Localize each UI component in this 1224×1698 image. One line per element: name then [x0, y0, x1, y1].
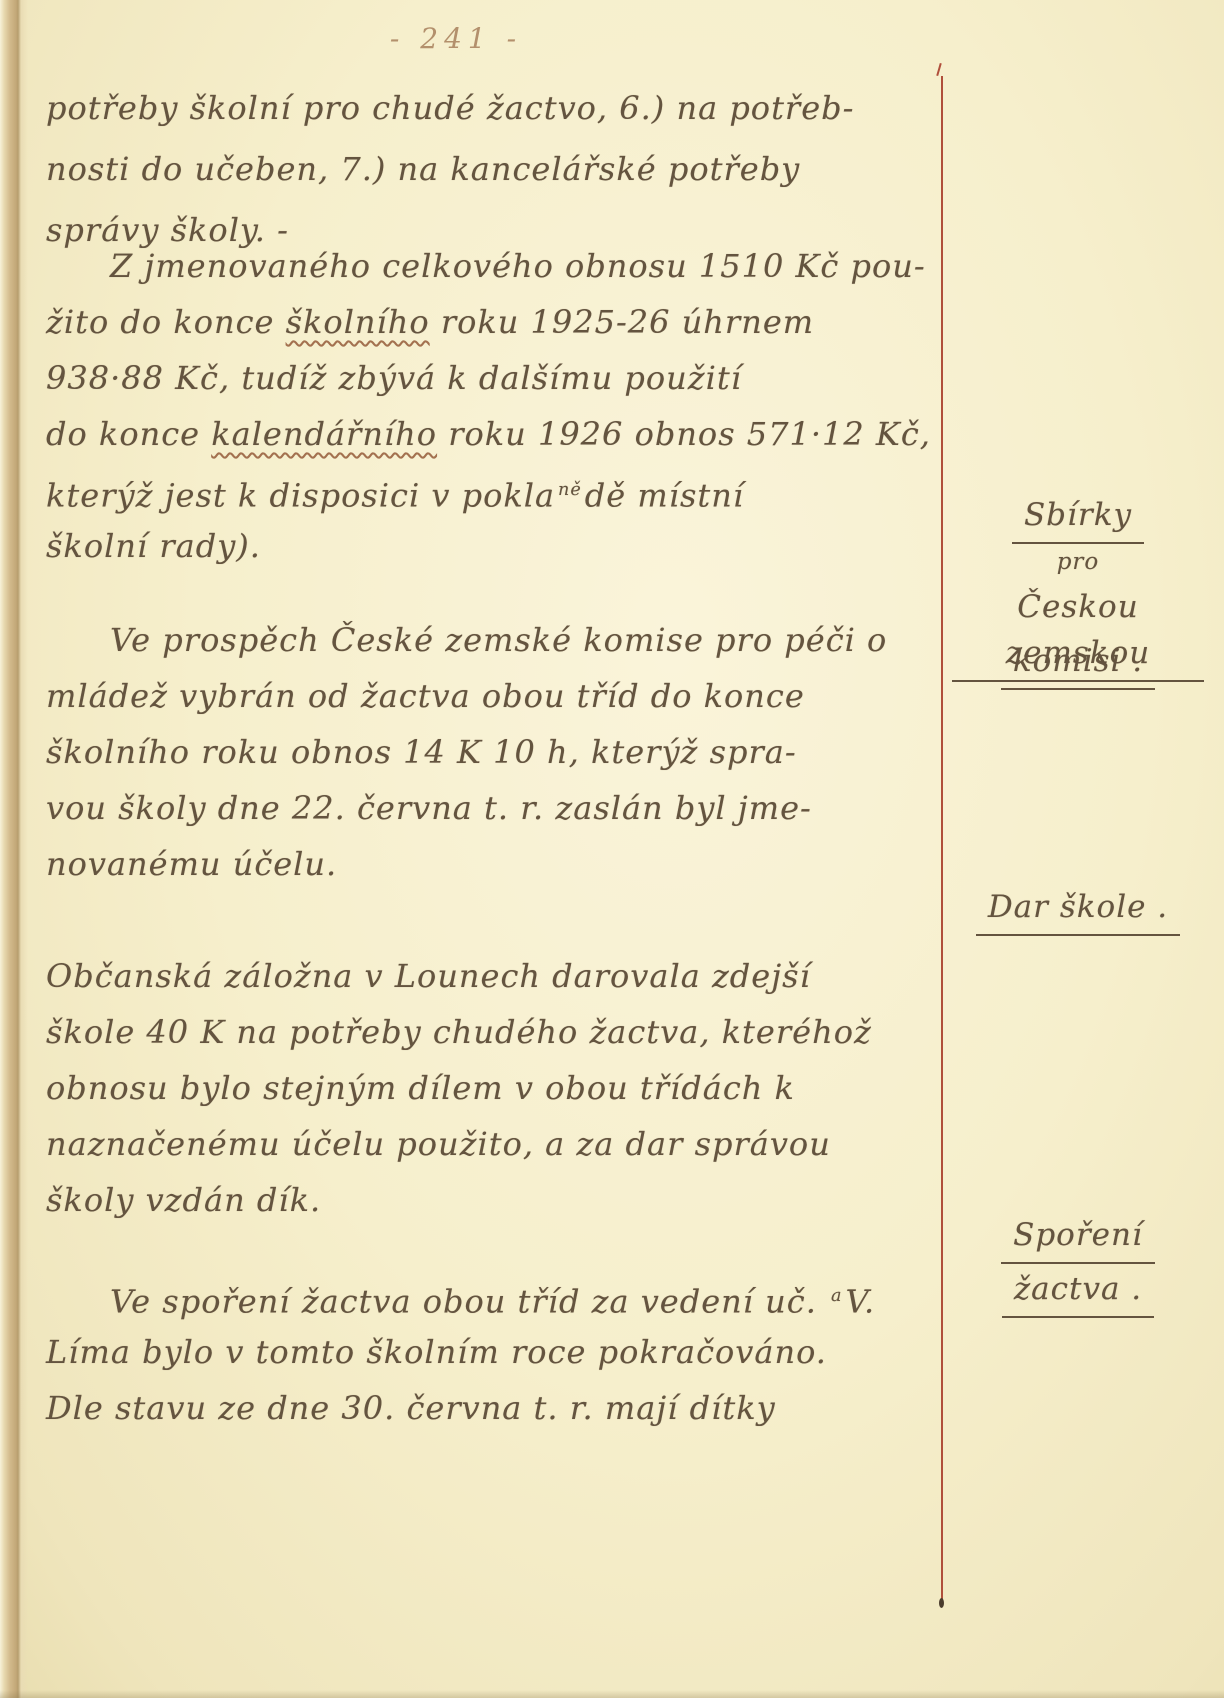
- handwritten-line: do konce kalendářního roku 1926 obnos 57…: [46, 406, 938, 462]
- text-segment: naznačenému účelu použito, a za dar sprá…: [46, 1125, 831, 1163]
- text-segment: roku 1926 obnos 571·12 Kč,: [437, 415, 931, 453]
- text-segment: škole 40 K na potřeby chudého žactva, kt…: [46, 1013, 872, 1051]
- handwritten-line: Z jmenovaného celkového obnosu 1510 Kč p…: [46, 238, 938, 294]
- paragraph: potřeby školní pro chudé žactvo, 6.) na …: [46, 78, 938, 261]
- margin-note-subline: pro: [952, 546, 1204, 584]
- margin-note: Spořenížactva .: [952, 1212, 1204, 1320]
- handwritten-line: naznačenému účelu použito, a za dar sprá…: [46, 1116, 938, 1172]
- paragraph: Ve prospěch České zemské komise pro péči…: [46, 612, 938, 892]
- margin-note-line: Českou zemskou: [952, 584, 1204, 638]
- text-segment: vou školy dne 22. června t. r. zaslán by…: [46, 789, 812, 827]
- margin-note-text: Spoření: [1001, 1212, 1155, 1264]
- text-segment: školní rady).: [46, 527, 261, 565]
- text-segment: školního roku obnos 14 K 10 h, kterýž sp…: [46, 733, 797, 771]
- handwritten-line: Občanská záložna v Lounech darovala zdej…: [46, 948, 938, 1004]
- handwritten-line: potřeby školní pro chudé žactvo, 6.) na …: [46, 78, 938, 139]
- text-segment: do konce: [46, 415, 211, 453]
- text-segment: Z jmenovaného celkového obnosu 1510 Kč p…: [110, 247, 926, 285]
- text-segment: 938·88 Kč, tudíž zbývá k dalšímu použití: [46, 359, 742, 397]
- handwritten-line: vou školy dne 22. června t. r. zaslán by…: [46, 780, 938, 836]
- paragraph: Z jmenovaného celkového obnosu 1510 Kč p…: [46, 238, 938, 574]
- margin-note-text: žactva .: [1002, 1266, 1154, 1318]
- handwritten-line: 938·88 Kč, tudíž zbývá k dalšímu použití: [46, 350, 938, 406]
- handwritten-line: Ve spoření žactva obou tříd za vedení uč…: [46, 1268, 938, 1324]
- text-segment: novanému účelu.: [46, 845, 337, 883]
- margin-note-text: komisi .: [1001, 638, 1155, 690]
- handwritten-line: školního roku obnos 14 K 10 h, kterýž sp…: [46, 724, 938, 780]
- handwritten-line: Líma bylo v tomto školním roce pokračová…: [46, 1324, 938, 1380]
- text-segment: Ve prospěch České zemské komise pro péči…: [110, 621, 887, 659]
- text-segment: potřeby školní pro chudé žactvo, 6.) na …: [46, 89, 854, 127]
- margin-note-text: Sbírky: [1012, 492, 1144, 544]
- superscript-correction: ně: [558, 480, 582, 500]
- text-segment: dě místní: [585, 477, 744, 515]
- margin-note-line: Dar škole .: [952, 884, 1204, 938]
- handwritten-line: kterýž jest k disposici v poklanědě míst…: [46, 462, 938, 518]
- margin-note: SbírkyproČeskou zemskoukomisi .: [952, 492, 1204, 692]
- margin-note: Dar škole .: [952, 884, 1204, 938]
- page-number: - 241 -: [358, 22, 554, 55]
- text-segment: Ve spoření žactva obou tříd za vedení uč…: [110, 1283, 828, 1321]
- text-segment: kterýž jest k disposici v pokla: [46, 477, 555, 515]
- margin-note-text: Dar škole .: [976, 884, 1180, 936]
- handwritten-line: novanému účelu.: [46, 836, 938, 892]
- handwritten-line: Dle stavu ze dne 30. června t. r. mají d…: [46, 1380, 938, 1436]
- text-segment: nosti do učeben, 7.) na kancelářské potř…: [46, 150, 800, 188]
- text-segment: Líma bylo v tomto školním roce pokračová…: [46, 1333, 827, 1371]
- handwritten-line: školy vzdán dík.: [46, 1172, 938, 1228]
- handwritten-line: mládež vybrán od žactva obou tříd do kon…: [46, 668, 938, 724]
- handwritten-line: obnosu bylo stejným dílem v obou třídách…: [46, 1060, 938, 1116]
- text-segment: V.: [846, 1283, 876, 1321]
- text-segment: mládež vybrán od žactva obou tříd do kon…: [46, 677, 805, 715]
- margin-note-line: Spoření: [952, 1212, 1204, 1266]
- text-segment: obnosu bylo stejným dílem v obou třídách…: [46, 1069, 795, 1107]
- emphasized-word: kalendářního: [211, 415, 437, 453]
- margin-note-line: žactva .: [952, 1266, 1204, 1320]
- text-segment: Dle stavu ze dne 30. června t. r. mají d…: [46, 1389, 776, 1427]
- emphasized-word: školního: [286, 303, 430, 341]
- handwritten-line: Ve prospěch České zemské komise pro péči…: [46, 612, 938, 668]
- page-binding-edge: [0, 0, 28, 1698]
- superscript-correction: a: [831, 1286, 843, 1306]
- manuscript-page: - 241 - potřeby školní pro chudé žactvo,…: [0, 0, 1224, 1698]
- text-segment: Občanská záložna v Lounech darovala zdej…: [46, 957, 811, 995]
- margin-note-line: Sbírky: [952, 492, 1204, 546]
- page-bottom-edge: [0, 1690, 1224, 1698]
- handwritten-line: školní rady).: [46, 518, 938, 574]
- handwritten-line: škole 40 K na potřeby chudého žactva, kt…: [46, 1004, 938, 1060]
- margin-note-text: pro: [1045, 546, 1112, 582]
- text-segment: roku 1925-26 úhrnem: [430, 303, 814, 341]
- text-segment: školy vzdán dík.: [46, 1181, 321, 1219]
- paragraph: Ve spoření žactva obou tříd za vedení uč…: [46, 1268, 938, 1436]
- handwritten-line: žito do konce školního roku 1925-26 úhrn…: [46, 294, 938, 350]
- handwritten-line: nosti do učeben, 7.) na kancelářské potř…: [46, 139, 938, 200]
- paragraph: Občanská záložna v Lounech darovala zdej…: [46, 948, 938, 1228]
- margin-rule-line: [941, 76, 943, 1602]
- text-segment: žito do konce: [46, 303, 286, 341]
